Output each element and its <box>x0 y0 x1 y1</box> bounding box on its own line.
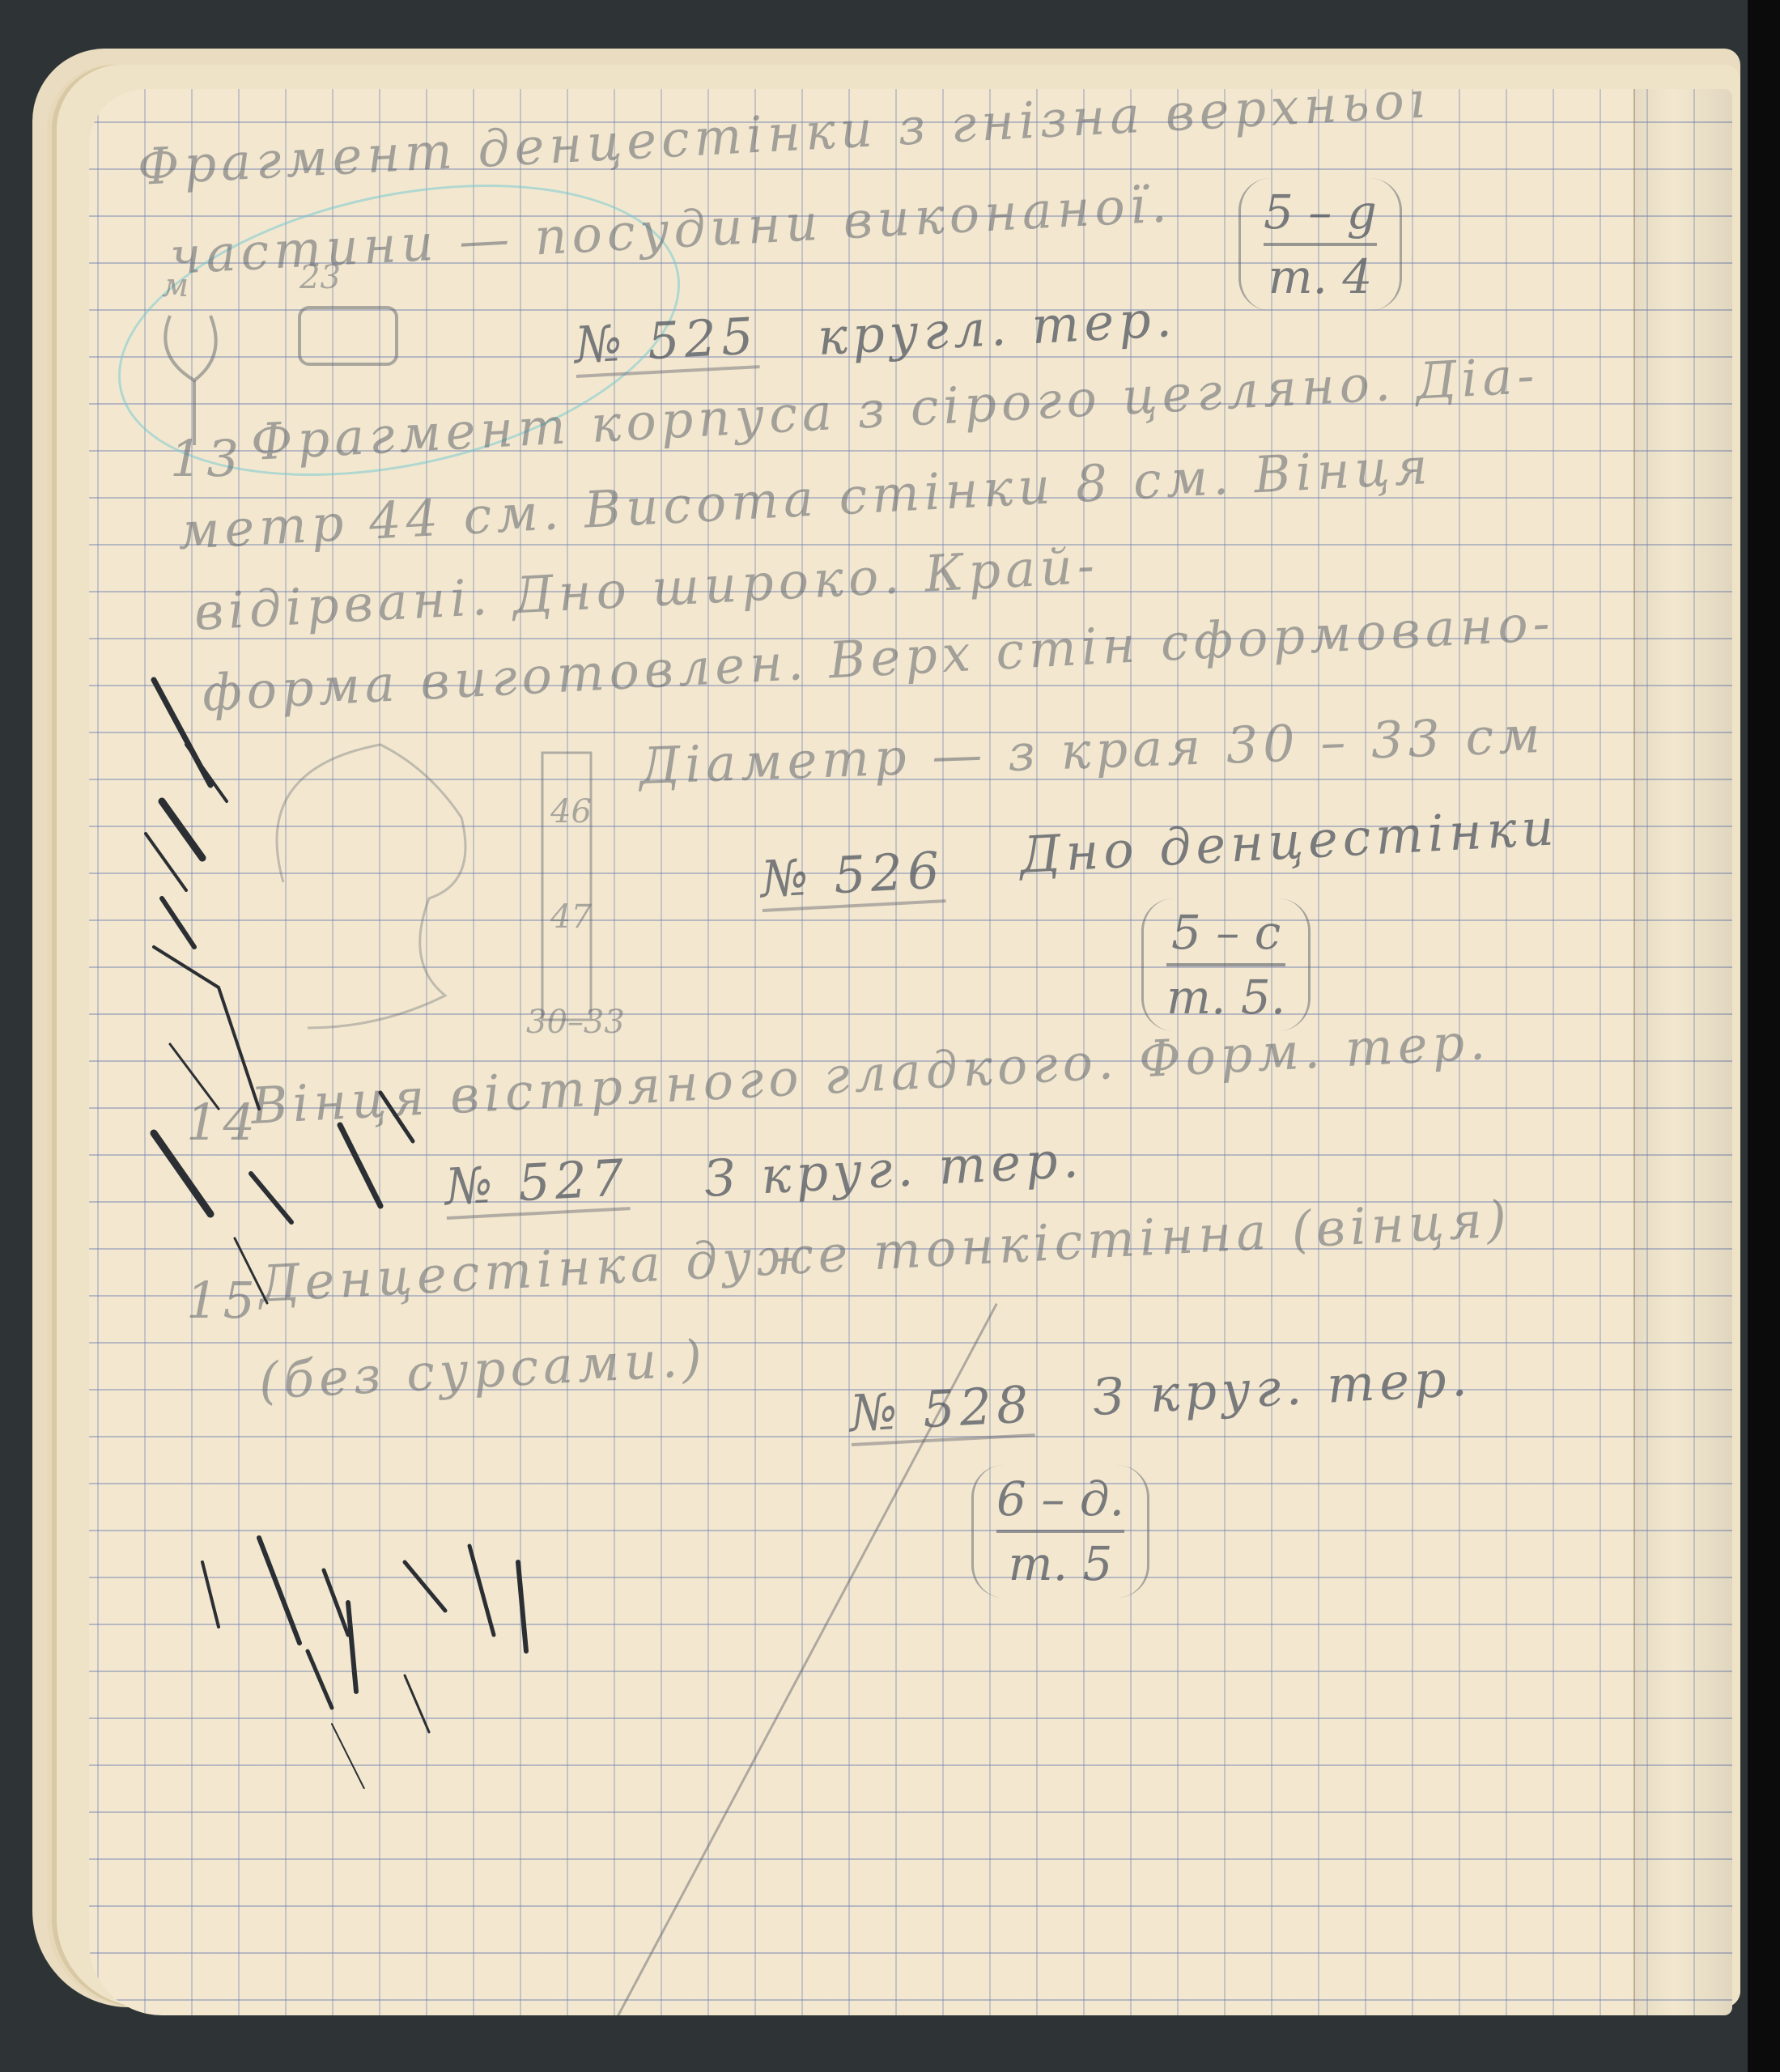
entry-top-label: кругл. тер. <box>816 289 1178 367</box>
entry-13-line-no: 13 <box>170 429 244 488</box>
entry-15-fraction: 6 – д. т. 5 <box>971 1465 1149 1598</box>
entry-13-line-5: Діаметр — з края 30 – 33 см <box>639 705 1546 796</box>
fraction-numerator: 5 – c <box>1166 905 1285 966</box>
ink-hatch-marks <box>138 656 559 1789</box>
dark-background-edge <box>1748 0 1780 2072</box>
entry-13-label: Дно денцестінки <box>1018 797 1560 885</box>
entry-top-fraction: 5 – g т. 4 <box>1238 178 1402 311</box>
entry-15-number: № 528 <box>848 1374 1034 1446</box>
fraction-denominator: т. 4 <box>1264 246 1377 304</box>
fraction-denominator: т. 5. <box>1166 966 1285 1025</box>
entry-top-line-1: Фрагмент денцестінки з гнізна верхньої <box>136 89 1431 197</box>
fraction-numerator: 5 – g <box>1264 185 1377 246</box>
entry-top-number: № 525 <box>573 306 759 378</box>
fraction-denominator: т. 5 <box>996 1533 1124 1591</box>
page-gutter <box>1633 89 1732 2015</box>
diagonal-pencil-line <box>616 1303 998 2015</box>
entry-14-label: З круг. тер. <box>703 1130 1085 1208</box>
entry-15-label: З круг. тер. <box>1091 1348 1473 1427</box>
entry-13-number: № 526 <box>759 840 945 912</box>
notebook-page: Фрагмент денцестінки з гнізна верхньої ч… <box>89 89 1732 2015</box>
fraction-numerator: 6 – д. <box>996 1471 1124 1533</box>
entry-13-fraction: 5 – c т. 5. <box>1141 898 1311 1031</box>
